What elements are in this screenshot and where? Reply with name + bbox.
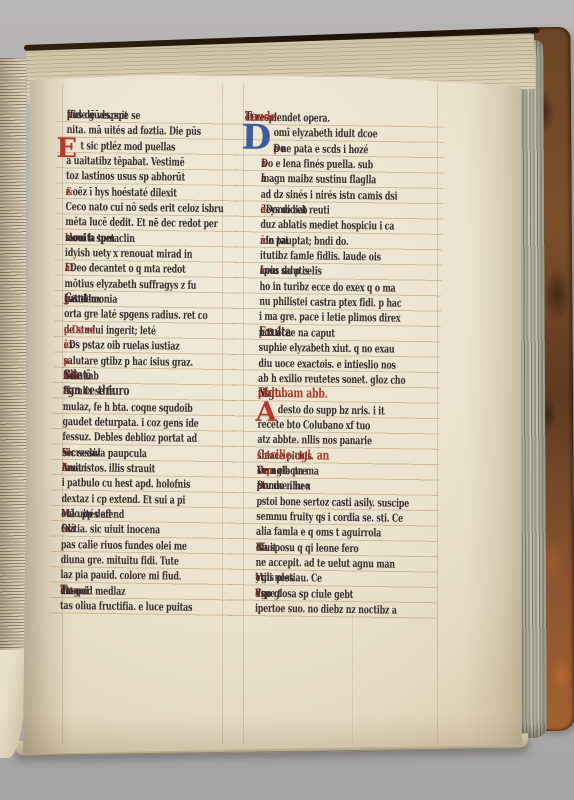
body-text: Do e lena finés puella. sub — [261, 156, 373, 173]
body-text: Juste lux — [64, 291, 101, 307]
body-text: t sic ptléz mod puellas — [80, 138, 175, 155]
body-text: idyish uety x renouat mirad in — [65, 245, 192, 262]
illuminated-initial-E: E — [56, 135, 77, 162]
body-text: . In tat — [260, 232, 289, 248]
body-text: nox ecce na caput — [259, 325, 335, 341]
illuminated-initial-D: D — [241, 123, 271, 154]
body-text: ffamlis se fa — [63, 383, 115, 399]
book-fore-edge-pages — [518, 40, 547, 738]
body-text: . Deo decantet o q mta redot — [65, 260, 186, 277]
body-text: alia famla e q oms t aguirrola — [256, 524, 381, 541]
body-text: Vgis ples — [255, 570, 293, 586]
body-text: foztia. sic uiuit inocena — [61, 521, 160, 538]
illuminated-initial-A: A — [256, 398, 277, 425]
parchment-crease — [352, 612, 353, 744]
body-text: . Domo reb — [260, 202, 307, 218]
body-text: tas oliua fructifia. e luce puitas — [60, 598, 192, 615]
body-text: Sile ē — [63, 368, 91, 384]
body-text: omī elyzabeth iduit dcoe — [274, 125, 378, 142]
manuscript-page: pus dē vespuit V ffide gūds. spe senita.… — [0, 0, 574, 800]
text-line: tas oliua fructifia. e luce puitas — [60, 598, 224, 616]
body-text: h — [261, 171, 267, 186]
rubric-text: Cecilie ugl. an — [257, 447, 329, 463]
body-text: desto do supp bz nris. i it — [278, 402, 385, 419]
body-text: z oēz ī hys hoéstaté dilexit — [66, 184, 177, 201]
facing-page-edge — [0, 58, 26, 650]
manuscript-photo: pus dē vespuit V ffide gūds. spe senita.… — [0, 0, 574, 800]
body-text: ffide gūds. spe se — [67, 107, 141, 123]
rubric-text: & — [66, 184, 73, 200]
body-text: dextaz i cp extend. Et sui a pi — [61, 491, 185, 508]
body-text: sloui h spetaclin — [65, 230, 135, 246]
rubric-text: p. — [63, 353, 71, 369]
text-block: pus dē vespuit V ffide gūds. spe senita.… — [58, 107, 445, 624]
body-text: Olā — [61, 521, 76, 537]
body-text: e ne pata e scds i hozé — [273, 141, 368, 158]
body-text: Mā uités ad — [61, 506, 111, 522]
body-text: di squi — [60, 583, 89, 599]
body-text: Loiu salutis — [260, 263, 309, 279]
body-text: Na sposu q qi leone fero — [256, 539, 359, 556]
body-text: Vgo glosa sp ciule gebt — [255, 585, 353, 602]
rubric-text: p Do vs — [64, 322, 95, 338]
body-text: magn maibz sustinu flaglla — [261, 171, 376, 188]
body-text: laz pia pauid. colore mi fiud. — [60, 567, 181, 584]
body-text: Do — [273, 141, 285, 157]
text-line: ipertoe suo. no diebz nz noctibz a — [255, 601, 429, 619]
body-text: diuna gre. mituitu fidi. Tute — [61, 552, 179, 569]
text-column-left: pus dē vespuit V ffide gūds. spe senita.… — [58, 107, 231, 616]
body-text: De ngib pre — [257, 463, 307, 479]
body-text: Sic sedula paupcula — [62, 445, 147, 462]
body-text: . Ds pstaz oib ruelas iustiaz — [64, 337, 180, 354]
body-text: Domne ihu x — [257, 478, 311, 494]
text-column-right: et resplendet opera. Tu Laudeomī elyzabe… — [237, 109, 436, 619]
body-text: ipertoe suo. no diebz nz noctibz a — [255, 601, 397, 618]
page-right-shadow — [466, 80, 522, 750]
body-text: pas calie riuos fundes olei me — [61, 537, 187, 554]
body-text: Aman — [62, 460, 87, 476]
body-text: toz lastinos usus sp abhorūt — [66, 168, 185, 185]
body-text: atz abbte. nllis nos panarie — [257, 432, 372, 449]
body-text: itutibz famle fidlis. laude ois — [260, 248, 381, 265]
body-text: a uaitatibz tēpabat. Vestimē — [66, 153, 184, 170]
